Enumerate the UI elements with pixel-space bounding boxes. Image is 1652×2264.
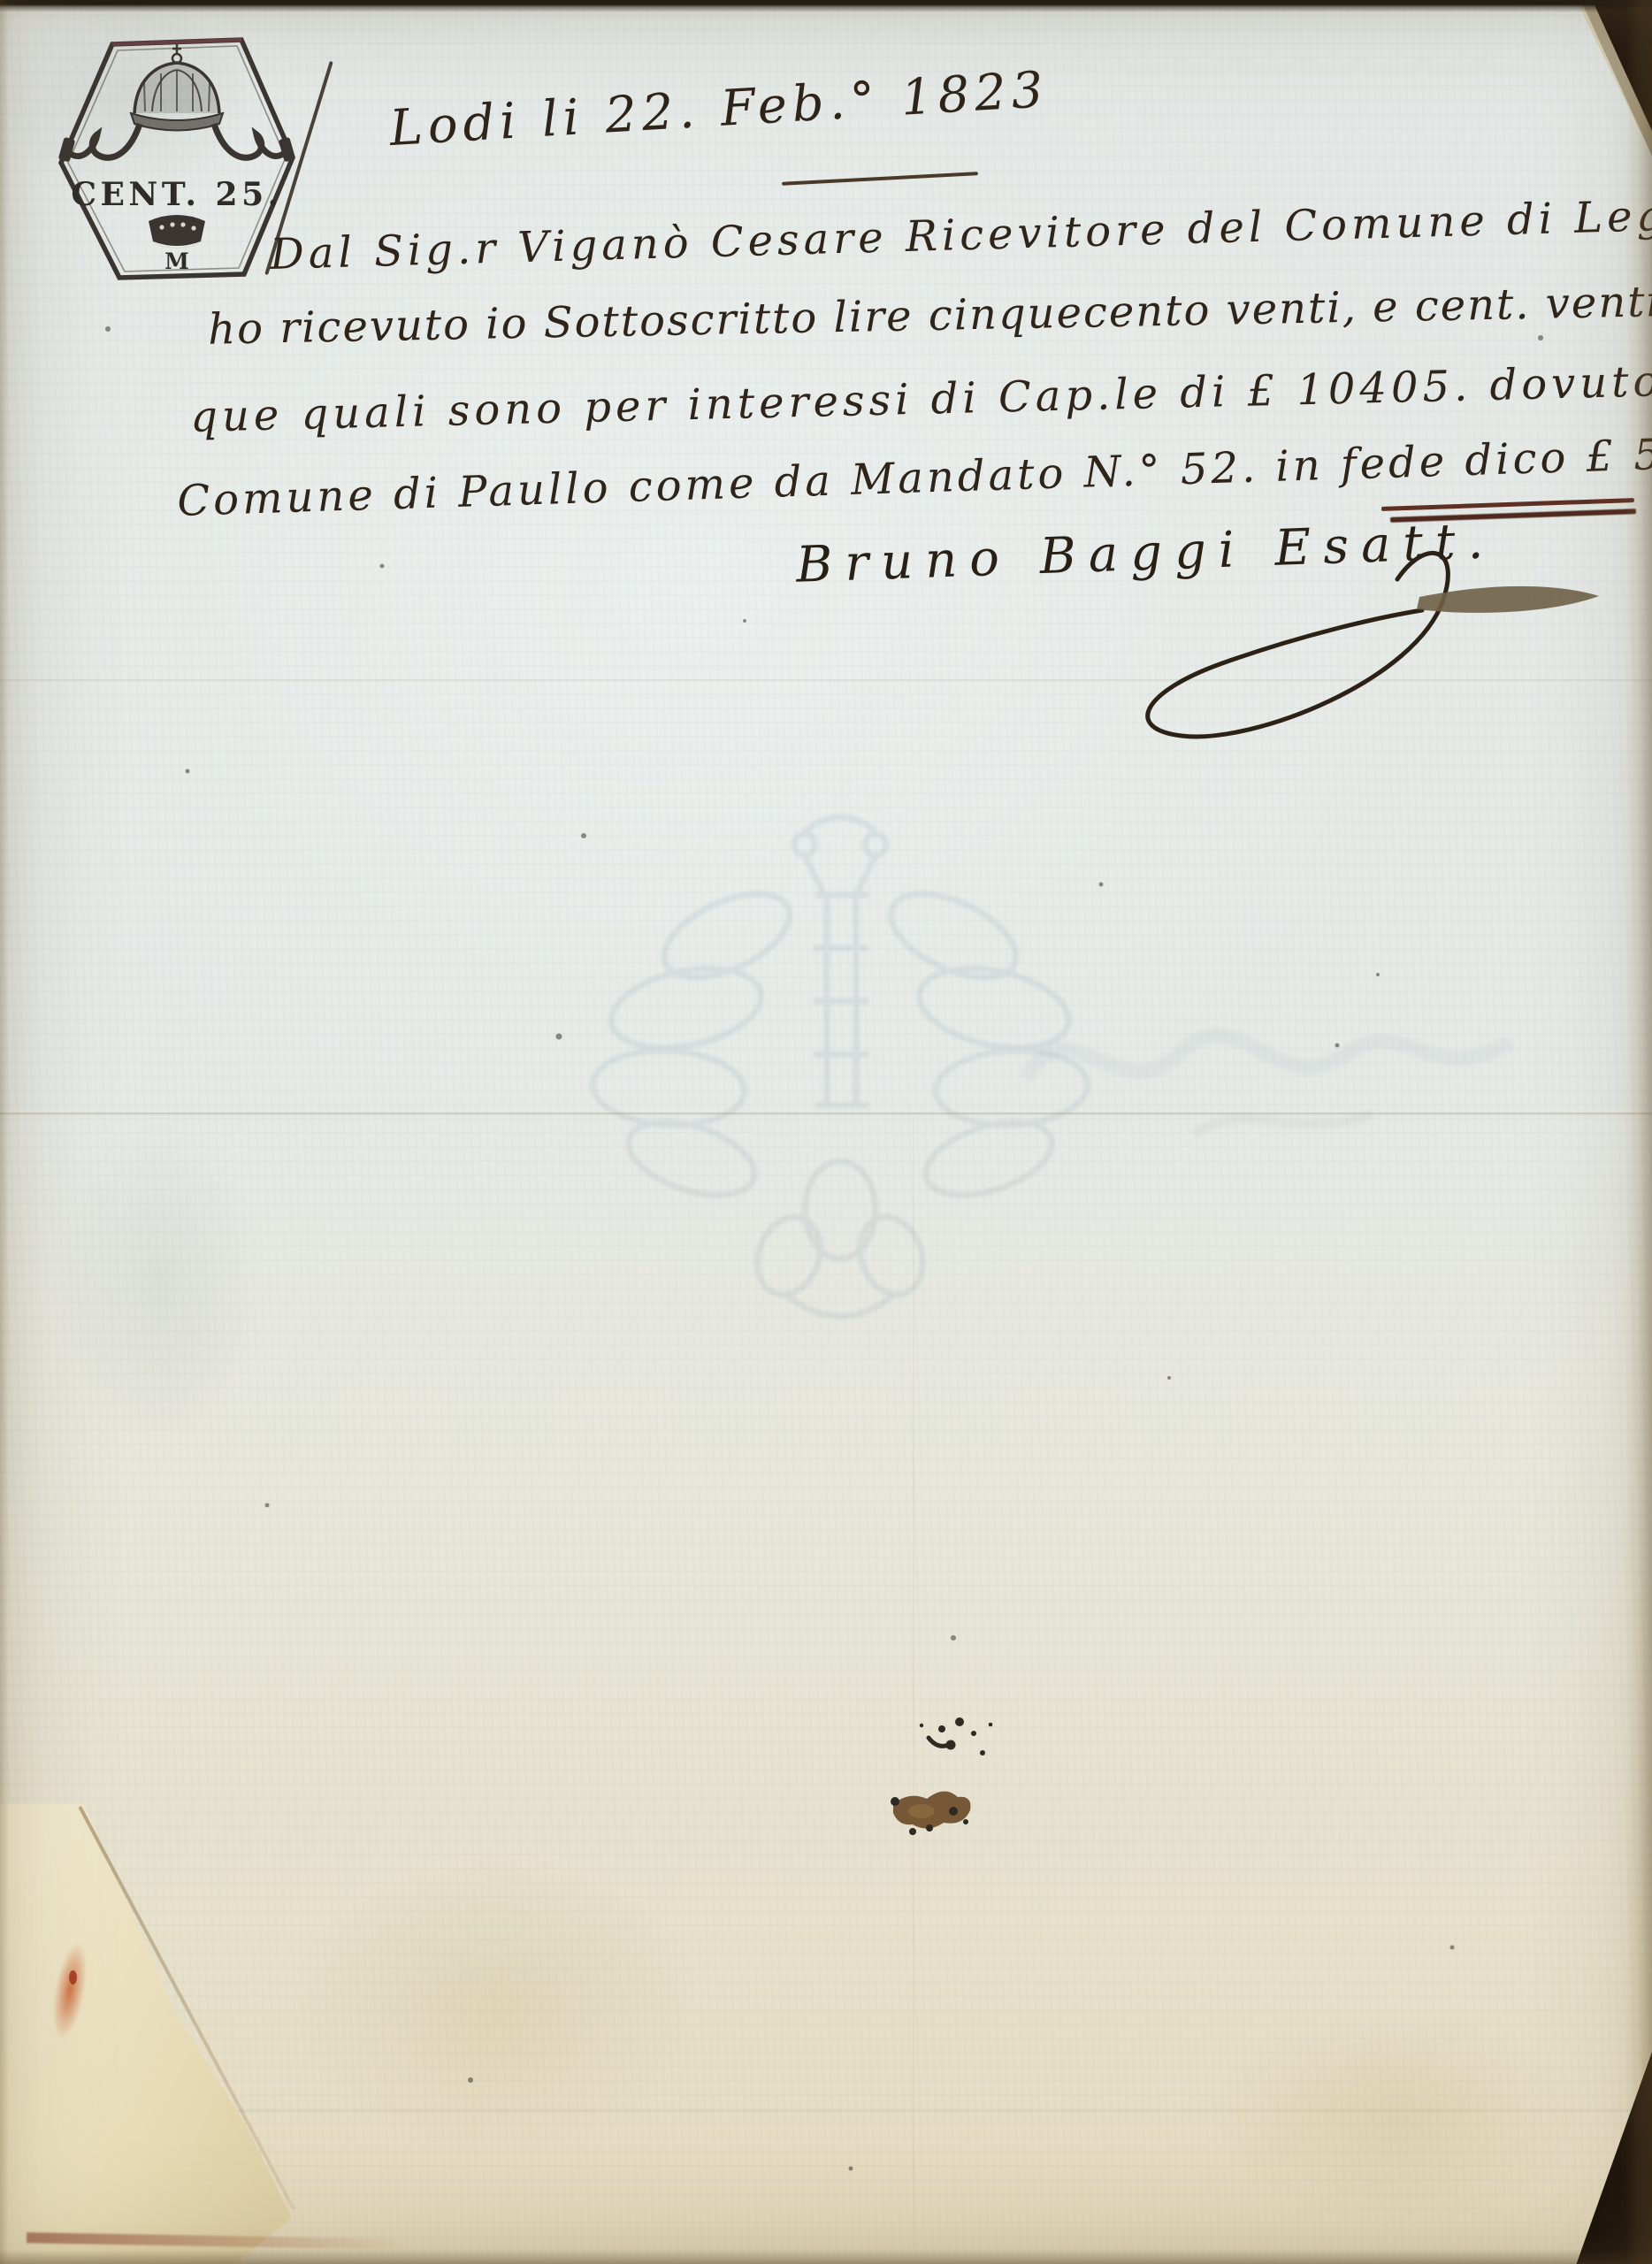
dust-specks xyxy=(0,0,1652,2264)
red-stain xyxy=(69,1970,77,1985)
document-page: CENT. 25. M Lodi li 22. Feb.° 1823 Dal S… xyxy=(0,0,1652,2264)
